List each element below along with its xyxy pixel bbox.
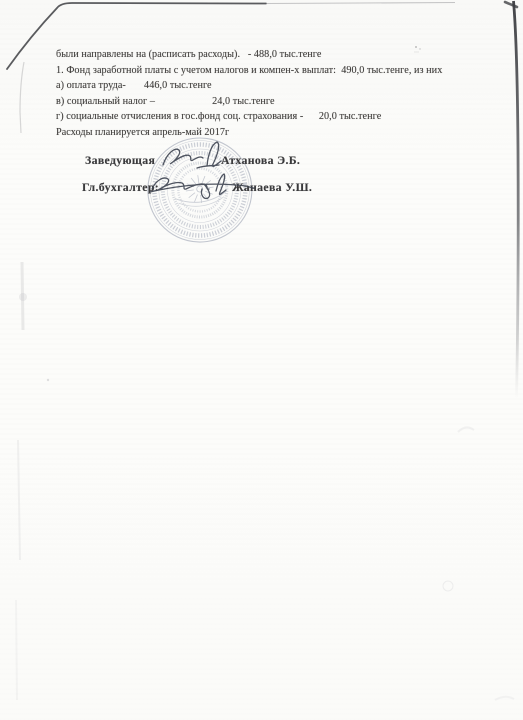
handwritten-signature-2 xyxy=(146,173,258,201)
signer-role-head: Заведующая xyxy=(85,154,155,167)
body-line-expenses-total: были направлены на (расписать расходы). … xyxy=(56,47,442,63)
body-line-planning-period: Расходы планируется апрель-май 2017г xyxy=(56,125,442,141)
body-line-social-insurance: г) социальные отчисления в гос.фонд соц.… xyxy=(56,109,442,125)
body-line-salary-fund: 1. Фонд заработной платы с учетом налого… xyxy=(56,63,442,79)
body-line-labor-payment: а) оплата труда- 446,0 тыс.тенге xyxy=(56,78,442,94)
body-line-social-tax: в) социальный налог – 24,0 тыс.тенге xyxy=(56,94,442,110)
scanned-document-page: были направлены на (расписать расходы). … xyxy=(0,0,523,720)
document-body: были направлены на (расписать расходы). … xyxy=(56,47,442,141)
handwritten-signature-1 xyxy=(157,139,232,175)
signer-name-athanova: Атханова Э.Б. xyxy=(221,154,300,167)
